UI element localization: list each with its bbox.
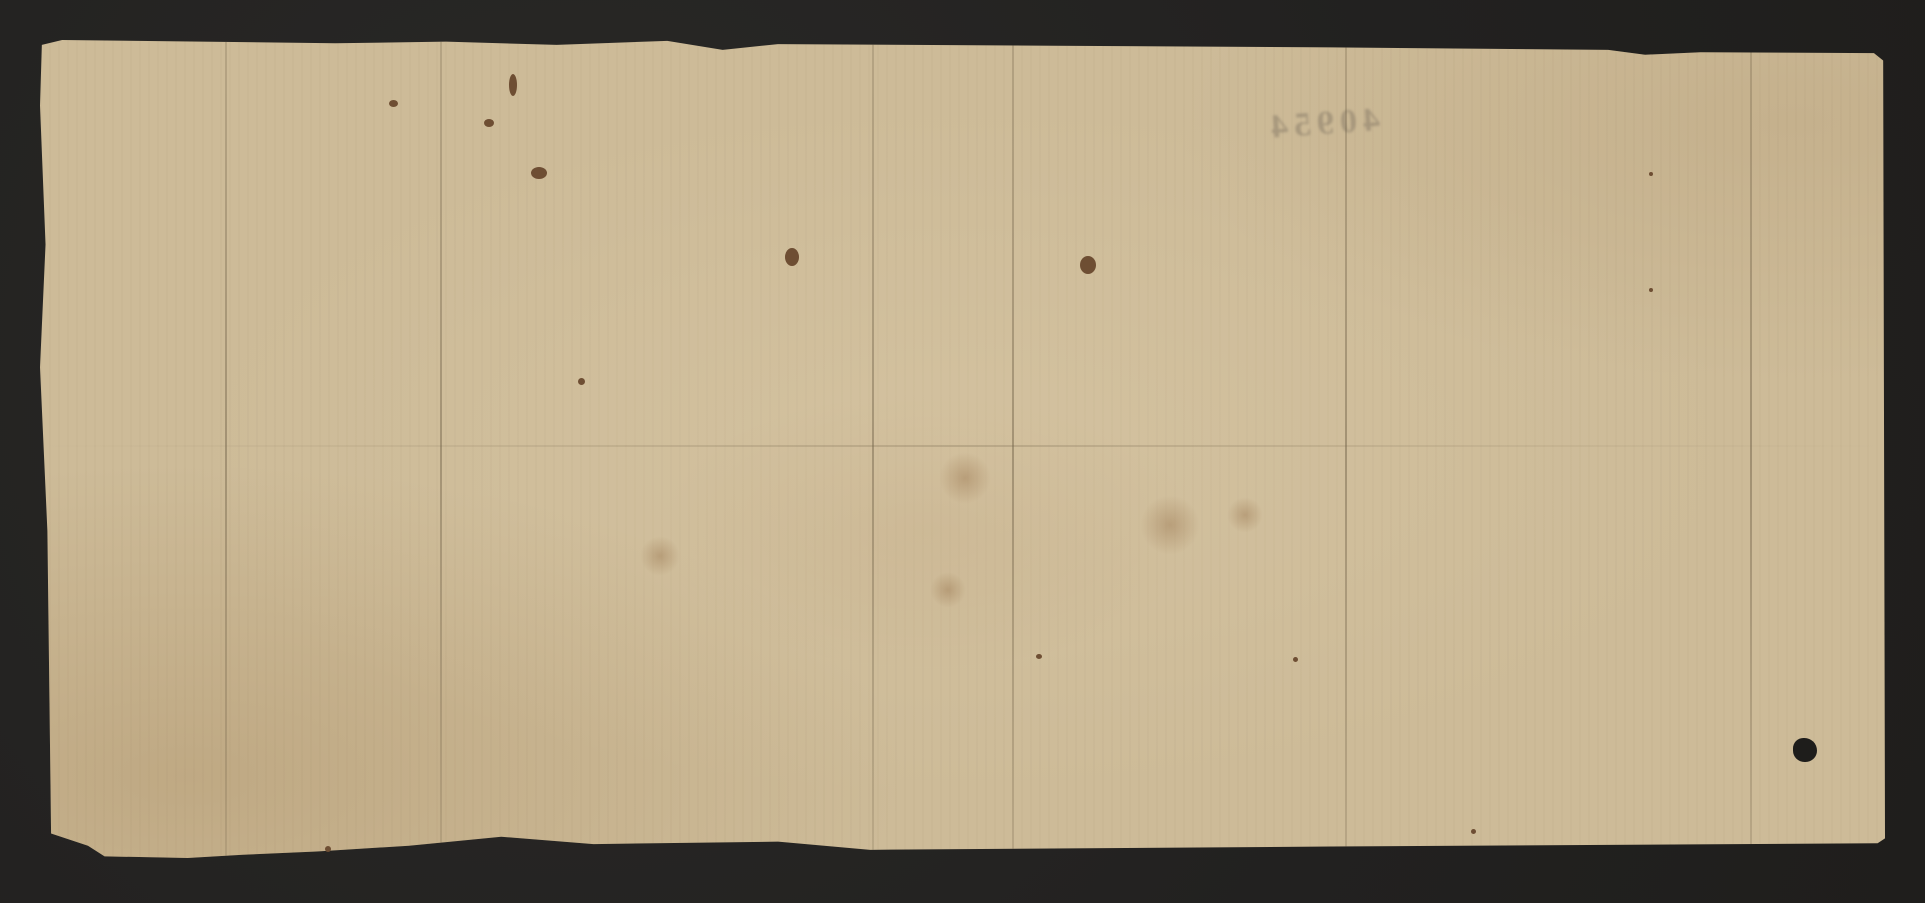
banknote-paper: [40, 40, 1885, 858]
foxing-spot: [1471, 829, 1476, 834]
foxing-spot: [1080, 256, 1096, 274]
foxing-spot: [1649, 172, 1653, 176]
foxing-spot: [785, 248, 799, 266]
foxing-spot: [389, 100, 398, 107]
foxing-spot: [531, 167, 547, 179]
foxing-spot: [1036, 654, 1042, 659]
paper-hole: [1793, 738, 1817, 762]
fold-crease: [872, 40, 874, 858]
water-stain: [1140, 495, 1200, 555]
foxing-spot: [1649, 288, 1653, 292]
water-stain: [1227, 497, 1263, 533]
fold-crease: [1750, 40, 1752, 858]
fold-crease: [1345, 40, 1347, 858]
foxing-spot: [578, 378, 585, 385]
foxing-spot: [1293, 657, 1298, 662]
horizontal-crease: [40, 445, 1885, 447]
water-stain: [640, 536, 680, 576]
fold-crease: [1012, 40, 1014, 858]
bleed-through-serial-number: 40954: [1264, 101, 1381, 147]
foxing-spot: [484, 119, 494, 127]
foxing-spot: [509, 74, 517, 96]
foxing-spot: [325, 846, 331, 852]
fold-crease: [225, 40, 227, 858]
fold-crease: [440, 40, 442, 858]
water-stain: [930, 572, 966, 608]
water-stain: [939, 452, 991, 504]
